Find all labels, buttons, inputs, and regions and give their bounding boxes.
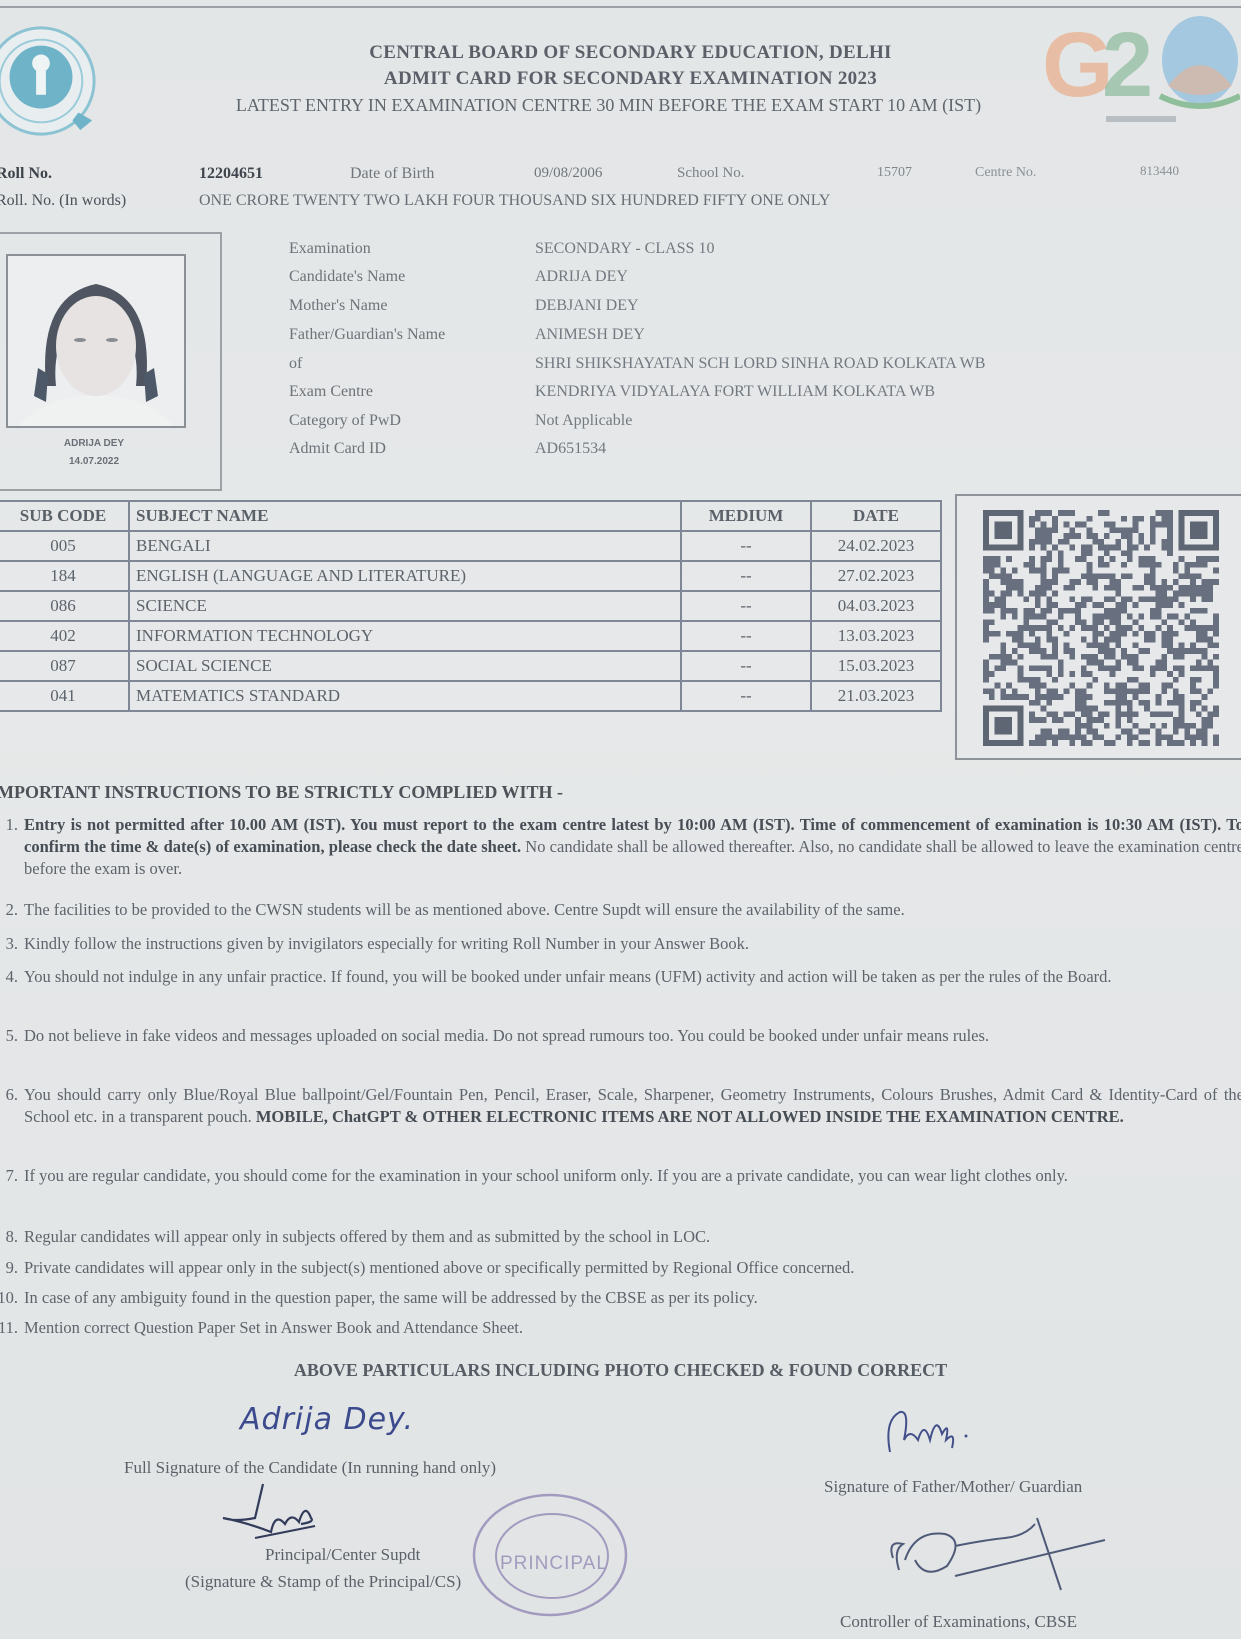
detail-row-mother-name: Mother's Name DEBJANI DEY	[289, 297, 1189, 325]
instruction-text: If you are regular candidate, you should…	[24, 1165, 1241, 1187]
instruction-number: 1.	[0, 814, 18, 836]
table-row: 086SCIENCE--04.03.2023	[0, 591, 941, 621]
detail-value: ADRIJA DEY	[535, 268, 628, 286]
sub-code-cell: 005	[0, 531, 129, 561]
header-sub-code: SUB CODE	[0, 501, 129, 531]
dob-value: 09/08/2006	[534, 165, 602, 182]
detail-row-admit-card-id: Admit Card ID AD651534	[289, 440, 1189, 468]
sub-code-cell: 087	[0, 651, 129, 681]
detail-row-examination: Examination SECONDARY - CLASS 10	[289, 240, 1189, 268]
candidate-handwritten-signature: Adrija Dey.	[240, 1402, 414, 1437]
header-subject-name: SUBJECT NAME	[129, 501, 681, 531]
medium-cell: --	[681, 681, 811, 711]
centre-number: 813440	[1140, 163, 1179, 179]
instruction-number: 4.	[0, 966, 18, 988]
instruction-item-1: 1. Entry is not permitted after 10.00 AM…	[0, 814, 1241, 884]
date-cell: 21.03.2023	[811, 681, 941, 711]
detail-value: SHRI SHIKSHAYATAN SCH LORD SINHA ROAD KO…	[535, 355, 985, 373]
school-number: 15707	[877, 165, 912, 181]
guardian-signature-icon	[880, 1400, 970, 1460]
date-cell: 27.02.2023	[811, 561, 941, 591]
sub-code-cell: 086	[0, 591, 129, 621]
detail-label: of	[289, 355, 302, 373]
qr-code-icon	[975, 510, 1227, 746]
admit-card-page: G 2 CENTRAL BOARD OF SECONDARY EDUCATION…	[0, 0, 1241, 1639]
photo-frame: ADRIJA DEY 14.07.2022	[0, 232, 222, 491]
table-header-row: SUB CODE SUBJECT NAME MEDIUM DATE	[0, 501, 941, 531]
detail-row-father-name: Father/Guardian's Name ANIMESH DEY	[289, 326, 1189, 354]
instruction-text: You should carry only Blue/Royal Blue ba…	[24, 1084, 1241, 1128]
instruction-number: 3.	[0, 933, 18, 955]
detail-label: Candidate's Name	[289, 268, 405, 286]
roll-words-label: Roll. No. (In words)	[0, 192, 126, 210]
detail-row-pwd: Category of PwD Not Applicable	[289, 412, 1189, 440]
photo-caption-date: 14.07.2022	[0, 456, 182, 467]
instruction-text: In case of any ambiguity found in the qu…	[24, 1287, 1241, 1309]
detail-value: DEBJANI DEY	[535, 297, 639, 315]
roll-number: 12204651	[199, 165, 263, 183]
controller-signature-icon	[885, 1510, 1115, 1600]
table-row: 005BENGALI--24.02.2023	[0, 531, 941, 561]
date-cell: 04.03.2023	[811, 591, 941, 621]
subject-name-cell: MATEMATICS STANDARD	[129, 681, 681, 711]
table-row: 184ENGLISH (LANGUAGE AND LITERATURE)--27…	[0, 561, 941, 591]
date-cell: 15.03.2023	[811, 651, 941, 681]
subject-name-cell: SCIENCE	[129, 591, 681, 621]
medium-cell: --	[681, 651, 811, 681]
detail-value: AD651534	[535, 440, 606, 458]
date-cell: 24.02.2023	[811, 531, 941, 561]
instruction-number: 8.	[0, 1226, 18, 1248]
detail-label: Exam Centre	[289, 383, 373, 401]
table-row: 087SOCIAL SCIENCE--15.03.2023	[0, 651, 941, 681]
instruction-text: Private candidates will appear only in t…	[24, 1257, 1241, 1279]
candidate-signature-label: Full Signature of the Candidate (In runn…	[124, 1458, 496, 1478]
table-row: 041MATEMATICS STANDARD--21.03.2023	[0, 681, 941, 711]
qr-code-box	[955, 494, 1241, 760]
sub-code-cell: 184	[0, 561, 129, 591]
header-date: DATE	[811, 501, 941, 531]
detail-row-exam-centre: Exam Centre KENDRIYA VIDYALAYA FORT WILL…	[289, 383, 1189, 411]
instruction-text: Entry is not permitted after 10.00 AM (I…	[24, 814, 1241, 880]
instruction-number: 6.	[0, 1084, 18, 1106]
roll-words-value: ONE CRORE TWENTY TWO LAKH FOUR THOUSAND …	[199, 192, 830, 210]
detail-row-school: of SHRI SHIKSHAYATAN SCH LORD SINHA ROAD…	[289, 355, 1189, 383]
subject-name-cell: INFORMATION TECHNOLOGY	[129, 621, 681, 651]
candidate-portrait-icon	[8, 256, 184, 426]
detail-label: Father/Guardian's Name	[289, 326, 445, 344]
detail-label: Mother's Name	[289, 297, 387, 315]
principal-signature-icon	[215, 1482, 325, 1542]
detail-value: KENDRIYA VIDYALAYA FORT WILLIAM KOLKATA …	[535, 383, 935, 401]
subject-name-cell: SOCIAL SCIENCE	[129, 651, 681, 681]
detail-label: Admit Card ID	[289, 440, 386, 458]
subjects-body: 005BENGALI--24.02.2023184ENGLISH (LANGUA…	[0, 531, 941, 711]
detail-value: SECONDARY - CLASS 10	[535, 240, 714, 258]
instruction-text: Kindly follow the instructions given by …	[24, 933, 1241, 955]
detail-row-candidate-name: Candidate's Name ADRIJA DEY	[289, 268, 1189, 296]
instruction-text: The facilities to be provided to the CWS…	[24, 899, 1241, 921]
entry-note: LATEST ENTRY IN EXAMINATION CENTRE 30 MI…	[0, 95, 1229, 116]
candidate-photo	[6, 254, 186, 428]
date-cell: 13.03.2023	[811, 621, 941, 651]
instruction-text: Mention correct Question Paper Set in An…	[24, 1317, 1241, 1339]
verification-note: ABOVE PARTICULARS INCLUDING PHOTO CHECKE…	[0, 1360, 1241, 1381]
detail-label: Examination	[289, 240, 371, 258]
instruction-number: 11.	[0, 1317, 18, 1339]
instruction-text: You should not indulge in any unfair pra…	[24, 966, 1241, 988]
principal-signature-sublabel: (Signature & Stamp of the Principal/CS)	[185, 1572, 461, 1592]
instruction-text: Do not believe in fake videos and messag…	[24, 1025, 1241, 1047]
medium-cell: --	[681, 621, 811, 651]
instruction-number: 7.	[0, 1165, 18, 1187]
instructions-title: IMPORTANT INSTRUCTIONS TO BE STRICTLY CO…	[0, 782, 563, 803]
principal-signature-label: Principal/Center Supdt	[265, 1545, 420, 1565]
school-label: School No.	[677, 165, 745, 182]
sub-code-cell: 041	[0, 681, 129, 711]
subject-name-cell: ENGLISH (LANGUAGE AND LITERATURE)	[129, 561, 681, 591]
subject-name-cell: BENGALI	[129, 531, 681, 561]
dob-label: Date of Birth	[350, 165, 434, 183]
instruction-number: 9.	[0, 1257, 18, 1279]
roll-label: Roll No.	[0, 165, 52, 183]
guardian-signature-label: Signature of Father/Mother/ Guardian	[824, 1477, 1082, 1497]
board-title: CENTRAL BOARD OF SECONDARY EDUCATION, DE…	[10, 42, 1241, 64]
centre-label: Centre No.	[975, 165, 1036, 181]
stamp-text: PRINCIPAL	[500, 1553, 608, 1575]
instruction-number: 2.	[0, 899, 18, 921]
detail-value: Not Applicable	[535, 412, 632, 430]
photo-caption-name: ADRIJA DEY	[0, 438, 182, 449]
instruction-text: Regular candidates will appear only in s…	[24, 1226, 1241, 1248]
admit-card-title: ADMIT CARD FOR SECONDARY EXAMINATION 202…	[10, 68, 1241, 90]
instruction-bold-text: MOBILE, ChatGPT & OTHER ELECTRONIC ITEMS…	[256, 1107, 1124, 1126]
sub-code-cell: 402	[0, 621, 129, 651]
subjects-table: SUB CODE SUBJECT NAME MEDIUM DATE 005BEN…	[0, 500, 942, 712]
medium-cell: --	[681, 561, 811, 591]
instruction-number: 5.	[0, 1025, 18, 1047]
detail-value: ANIMESH DEY	[535, 326, 645, 344]
instruction-number: 10.	[0, 1287, 18, 1309]
header-medium: MEDIUM	[681, 501, 811, 531]
table-row: 402INFORMATION TECHNOLOGY--13.03.2023	[0, 621, 941, 651]
medium-cell: --	[681, 531, 811, 561]
controller-signature-label: Controller of Examinations, CBSE	[840, 1612, 1077, 1632]
detail-label: Category of PwD	[289, 412, 401, 430]
medium-cell: --	[681, 591, 811, 621]
